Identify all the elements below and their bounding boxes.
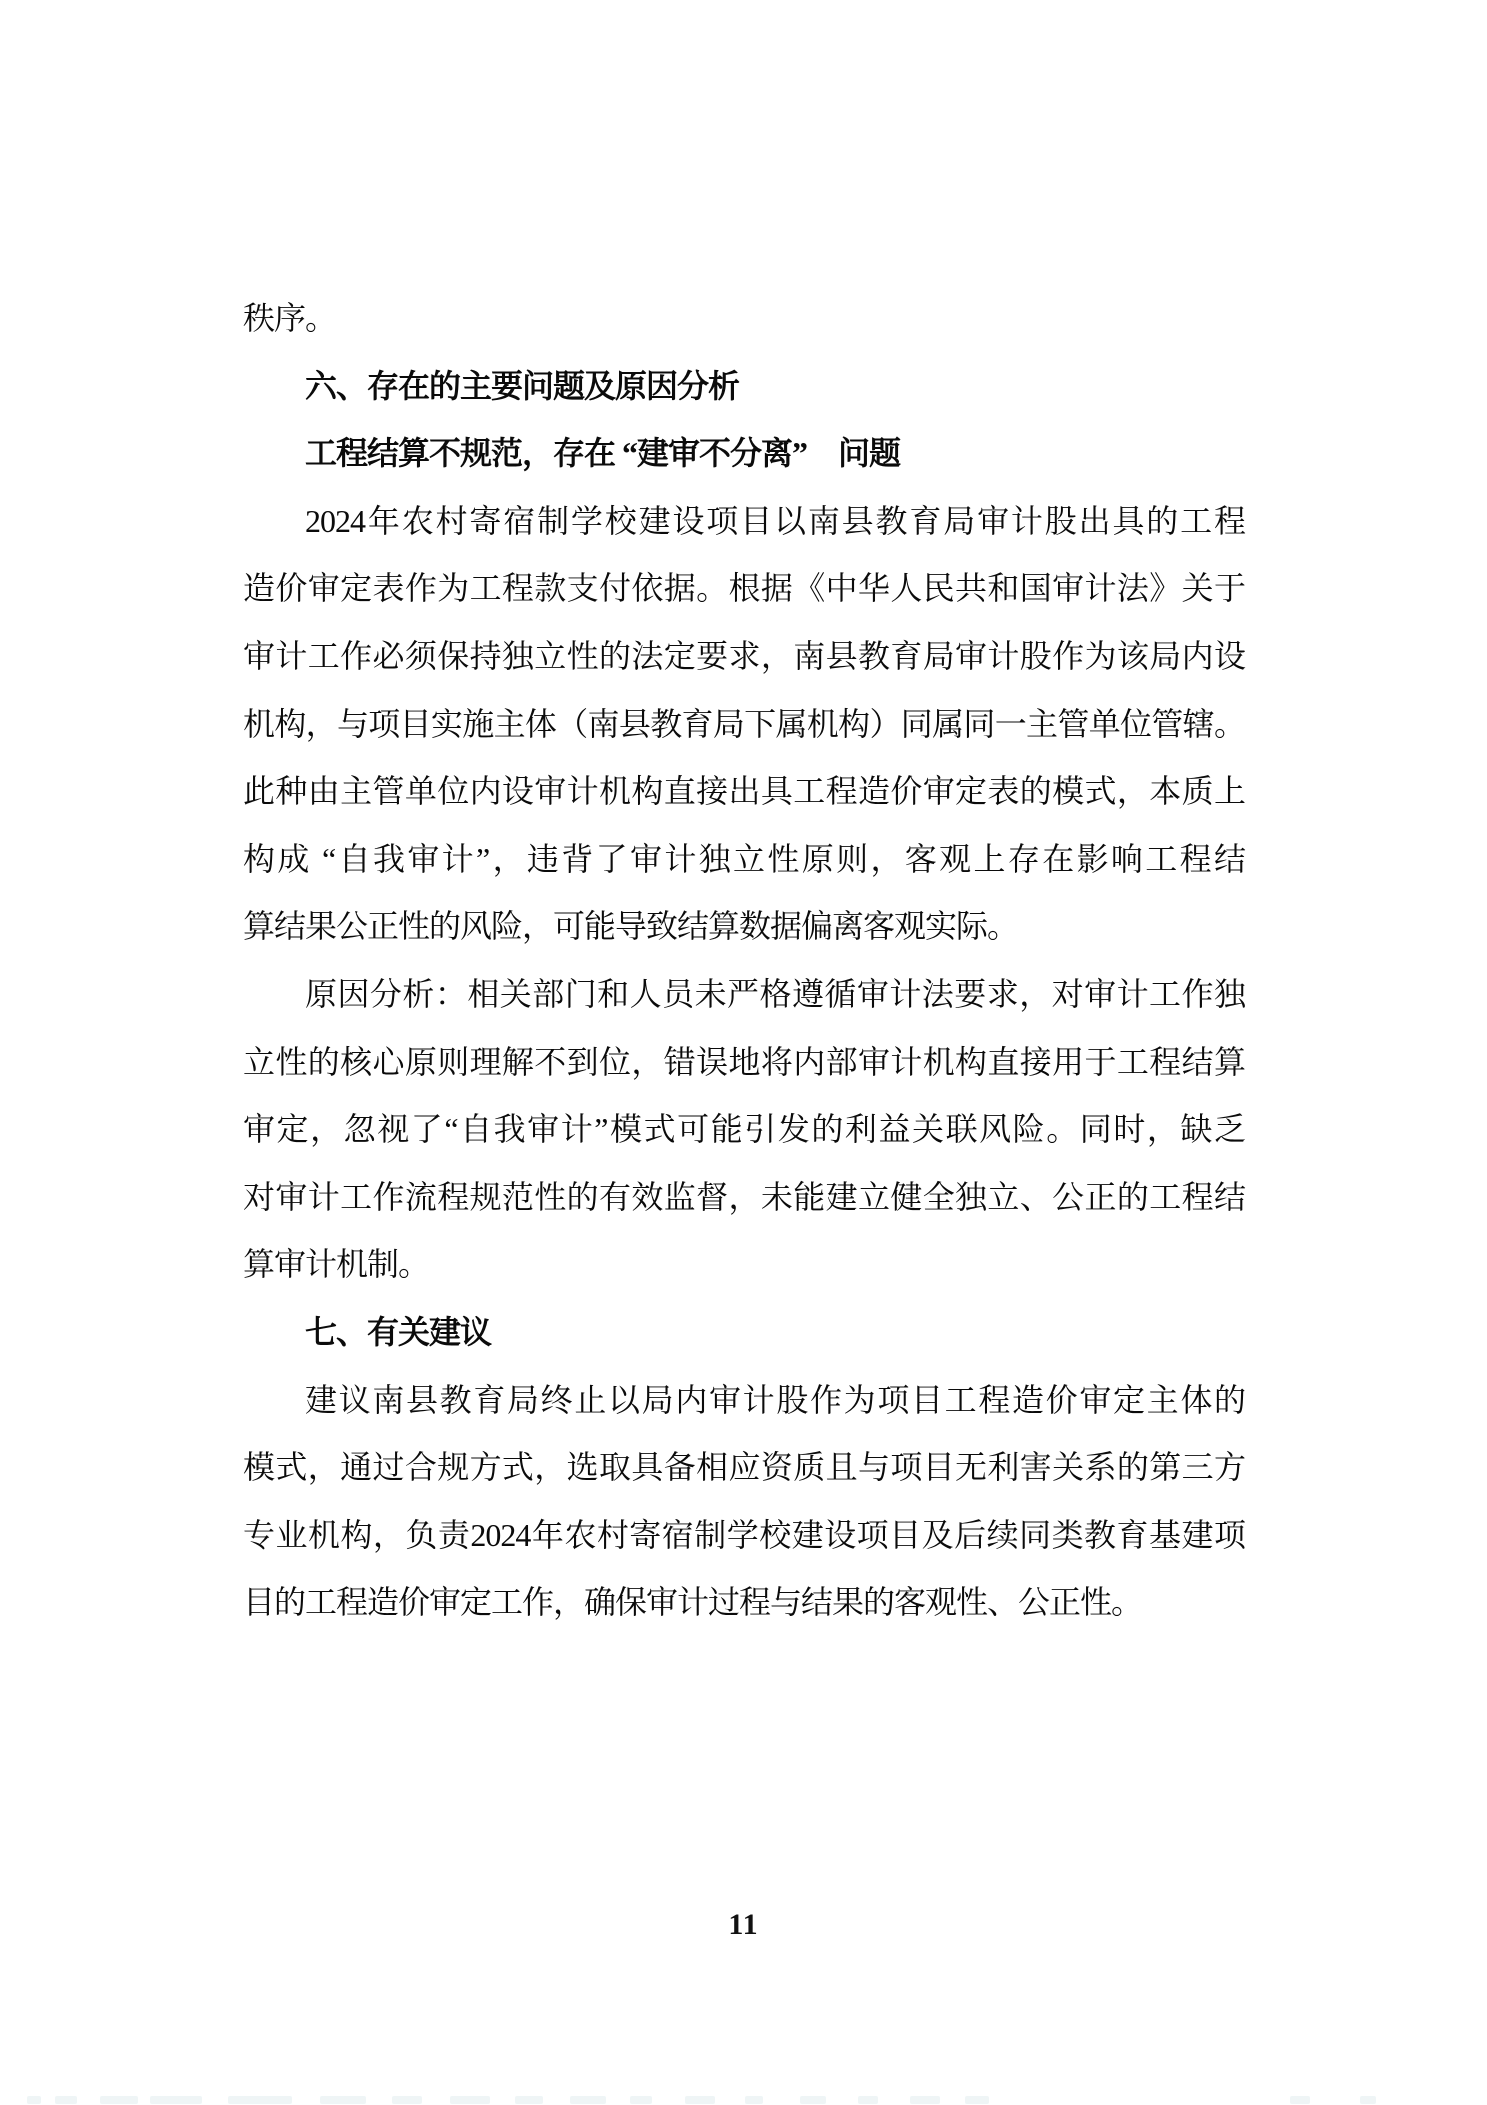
scan-artifact xyxy=(228,2096,292,2104)
scan-artifact xyxy=(858,2096,878,2104)
scan-artifact xyxy=(515,2096,543,2104)
text-line: 此种由主管单位内设审计机构直接出具工程造价审定表的模式，本质上 xyxy=(243,758,1245,826)
text-line: 构成 “自我审计”，违背了审计独立性原则，客观上存在影响工程结 xyxy=(243,826,1245,894)
scan-artifact xyxy=(55,2096,77,2104)
scan-artifact xyxy=(800,2096,826,2104)
text-line: 专业机构，负责2024年农村寄宿制学校建设项目及后续同类教育基建项 xyxy=(243,1502,1245,1570)
text-line: 2024年农村寄宿制学校建设项目以南县教育局审计股出具的工程 xyxy=(243,488,1245,556)
text-line: 立性的核心原则理解不到位，错误地将内部审计机构直接用于工程结算 xyxy=(243,1029,1245,1097)
page-number: 11 xyxy=(0,1908,1487,1942)
text-line: 审定，忽视了“自我审计”模式可能引发的利益关联风险。同时，缺乏 xyxy=(243,1096,1245,1164)
text-line: 建议南县教育局终止以局内审计股作为项目工程造价审定主体的 xyxy=(243,1367,1245,1435)
scan-artifact xyxy=(450,2096,490,2104)
scan-artifact xyxy=(320,2096,366,2104)
scan-artifact xyxy=(27,2096,41,2104)
scan-artifact xyxy=(965,2096,989,2104)
text-line: 原因分析：相关部门和人员未严格遵循审计法要求，对审计工作独 xyxy=(243,961,1245,1029)
text-line: 算结果公正性的风险，可能导致结算数据偏离客观实际。 xyxy=(243,893,1245,961)
text-line: 目的工程造价审定工作，确保审计过程与结果的客观性、公正性。 xyxy=(243,1569,1245,1637)
document-page: 秩序。 六、存在的主要问题及原因分析 工程结算不规范，存在 “建审不分离” 问题… xyxy=(0,0,1487,2105)
scan-artifact xyxy=(100,2096,138,2104)
scan-artifact xyxy=(630,2096,652,2104)
document-text: 秩序。 六、存在的主要问题及原因分析 工程结算不规范，存在 “建审不分离” 问题… xyxy=(243,285,1245,1637)
section-heading-six: 六、存在的主要问题及原因分析 xyxy=(243,353,1245,421)
scan-artifact-strip xyxy=(0,2094,1487,2105)
text-line: 算审计机制。 xyxy=(243,1231,1245,1299)
scan-artifact xyxy=(1290,2096,1310,2104)
scan-artifact xyxy=(745,2096,763,2104)
issue-subheading: 工程结算不规范，存在 “建审不分离” 问题 xyxy=(243,420,1245,488)
scan-artifact xyxy=(685,2096,715,2104)
text-line: 机构，与项目实施主体（南县教育局下属机构）同属同一主管单位管辖。 xyxy=(243,691,1245,759)
scan-artifact xyxy=(570,2096,606,2104)
scan-artifact xyxy=(392,2096,422,2104)
text-line: 秩序。 xyxy=(243,285,1245,353)
scan-artifact xyxy=(1360,2096,1376,2104)
scan-artifact xyxy=(150,2096,202,2104)
text-line: 审计工作必须保持独立性的法定要求，南县教育局审计股作为该局内设 xyxy=(243,623,1245,691)
scan-artifact xyxy=(910,2096,940,2104)
text-line: 造价审定表作为工程款支付依据。根据《中华人民共和国审计法》关于 xyxy=(243,555,1245,623)
section-heading-seven: 七、有关建议 xyxy=(243,1299,1245,1367)
text-line: 对审计工作流程规范性的有效监督，未能建立健全独立、公正的工程结 xyxy=(243,1164,1245,1232)
text-line: 模式，通过合规方式，选取具备相应资质且与项目无利害关系的第三方 xyxy=(243,1434,1245,1502)
